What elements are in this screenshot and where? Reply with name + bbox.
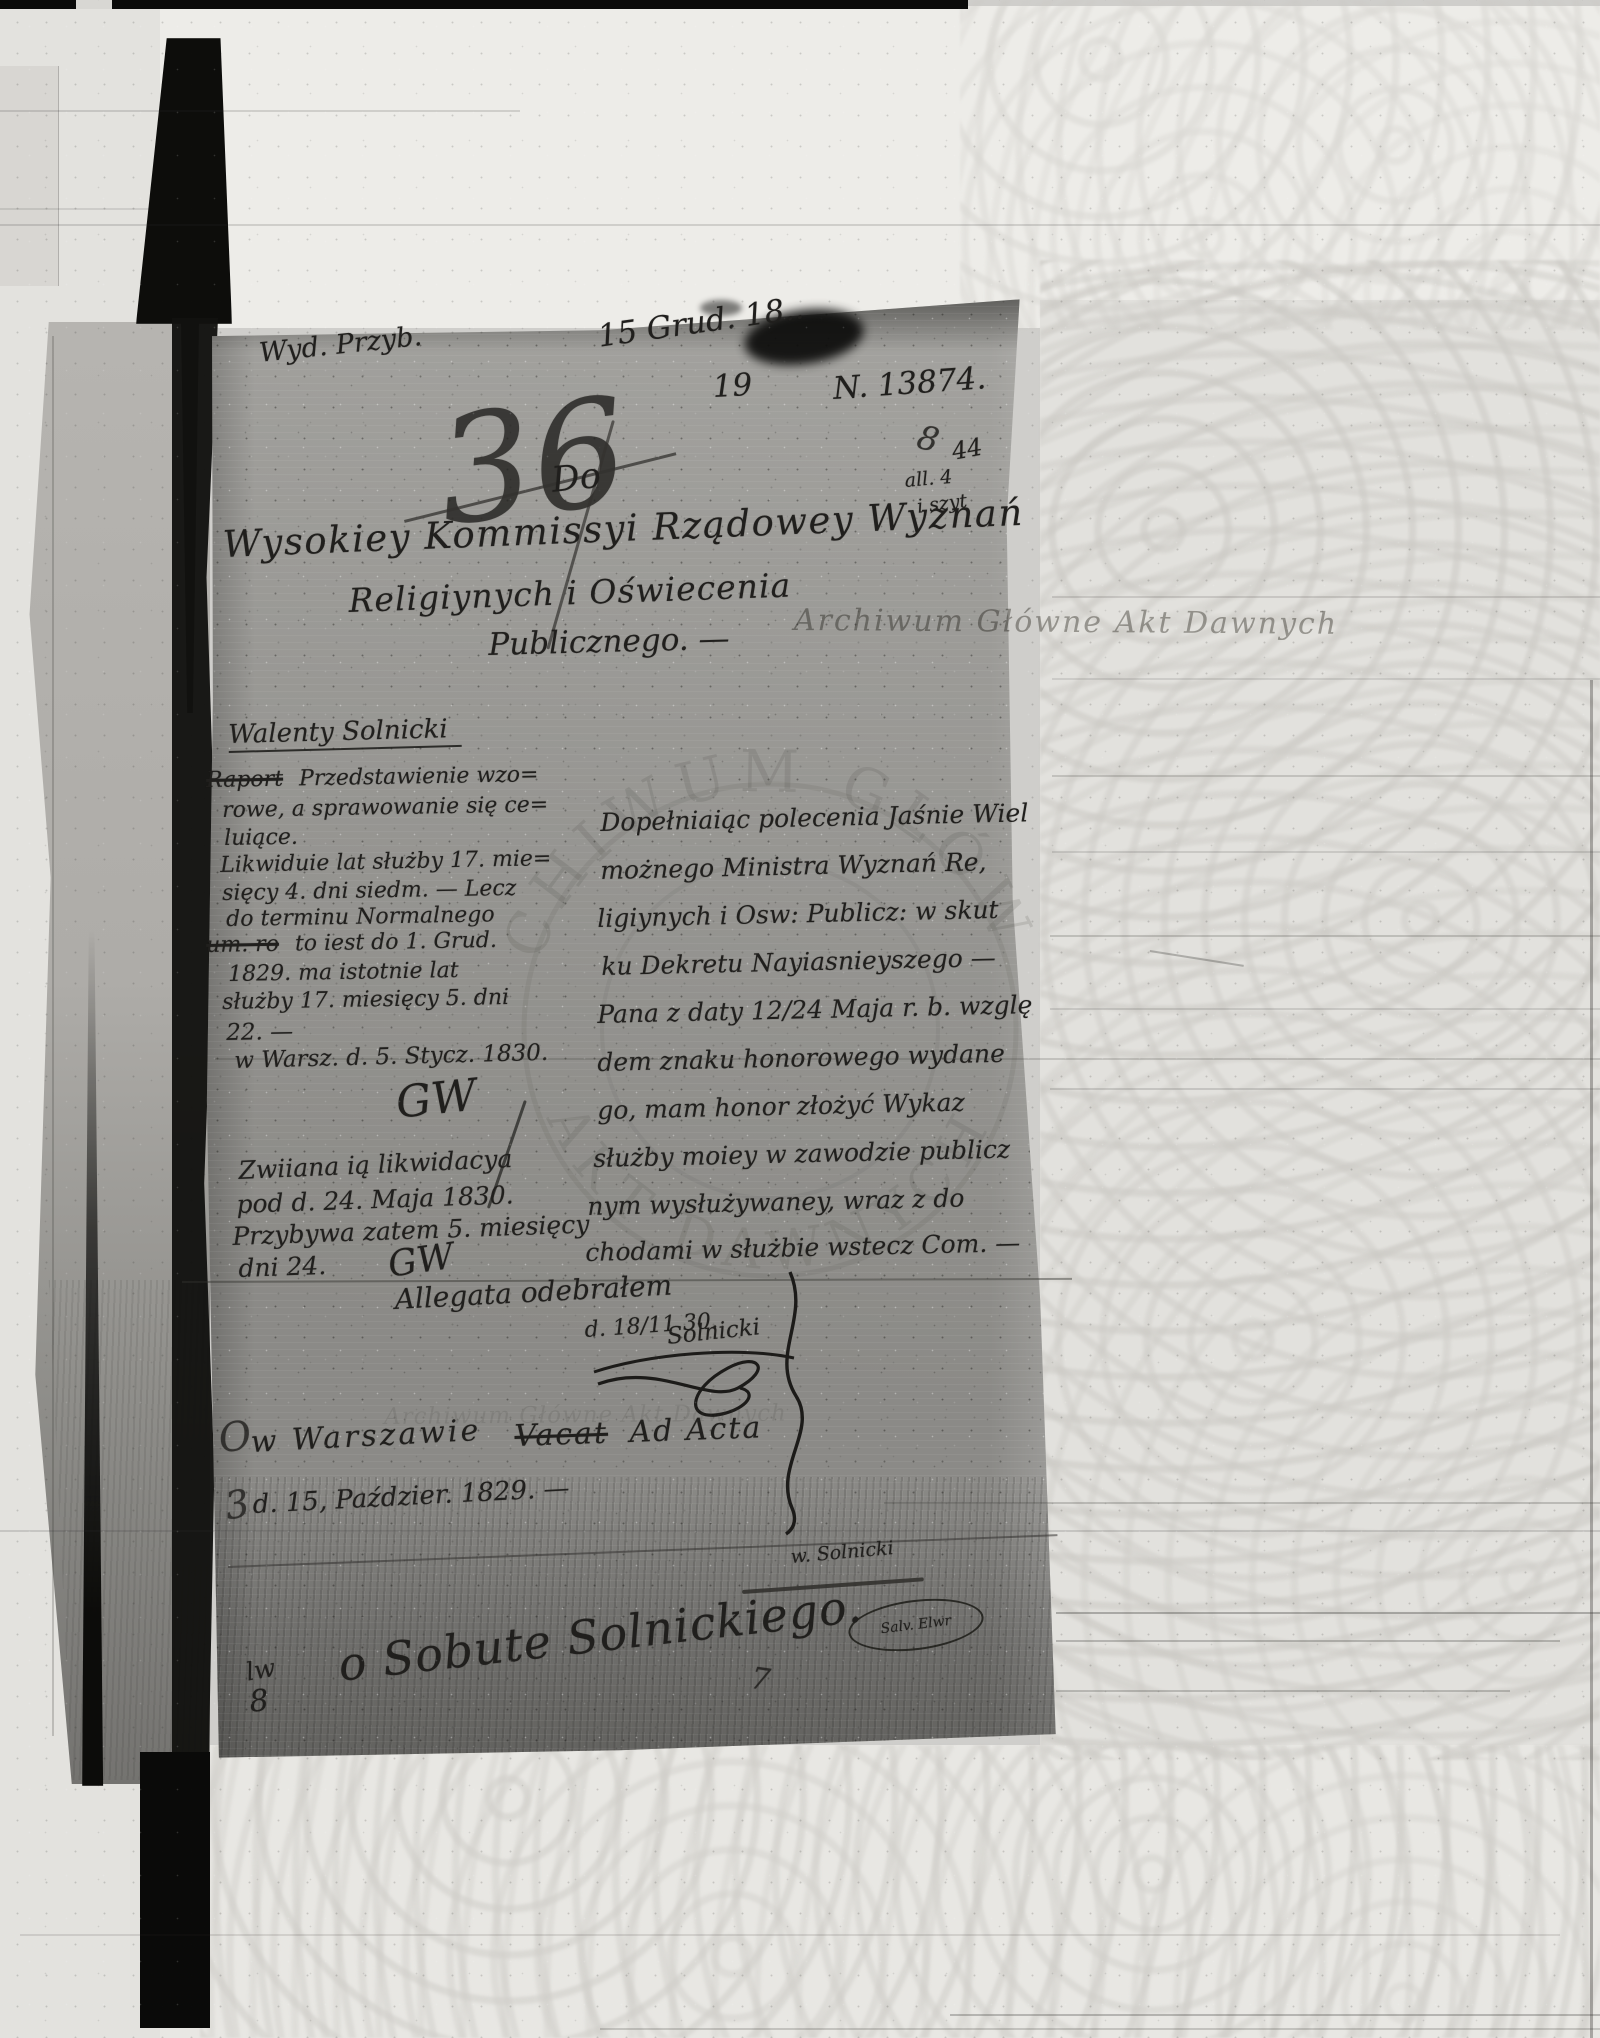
film-grain [0,0,1600,2038]
microfilm-scan-of-archival-document: ARCHIWUM GŁÓWNE AKT DAWNYCH Wyd. Przyb. … [0,0,1600,2038]
